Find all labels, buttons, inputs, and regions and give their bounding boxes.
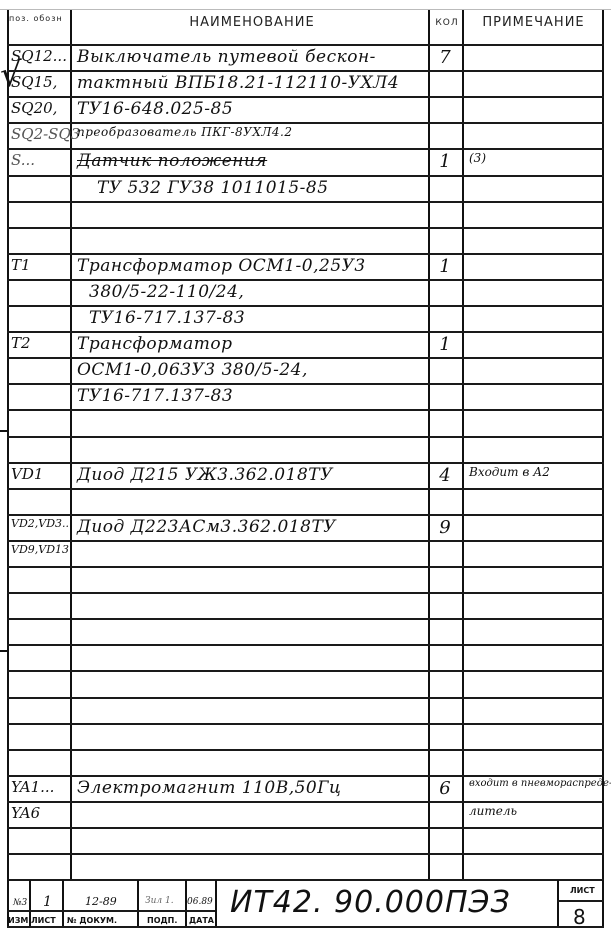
table-row: SQ15,тактный ВПБ18.21-112110-УХЛ4 — [7, 70, 604, 96]
item-name: 380/5-22-110/24, — [89, 282, 244, 302]
table-row — [7, 201, 604, 227]
item-name: Выключатель путевой бескон- — [77, 47, 376, 67]
grid-horizontal-line — [7, 910, 215, 912]
item-name: Электромагнит 110В,50Гц — [77, 778, 341, 798]
tb-date-label: ДАТА — [189, 916, 214, 925]
table-row — [7, 853, 604, 879]
item-note: Входит в А2 — [469, 465, 550, 479]
header-note: ПРИМЕЧАНИЕ — [465, 10, 602, 46]
tb-sheet-label: ЛИСТ — [570, 886, 595, 895]
item-name: тактный ВПБ18.21-112110-УХЛ4 — [77, 73, 399, 93]
table-row: YA6литель — [7, 801, 604, 827]
item-quantity: 7 — [430, 47, 460, 68]
position-designator: SQ2-SQ3 — [11, 125, 80, 143]
tb-docnum-value: 12-89 — [85, 895, 117, 908]
item-name: Трансформатор ОСМ1-0,25У3 — [77, 256, 366, 276]
table-row: T1Трансформатор ОСМ1-0,25У31 — [7, 253, 604, 279]
item-quantity: 1 — [430, 256, 460, 277]
table-row — [7, 827, 604, 853]
tb-docnum-label: № ДОКУМ. — [67, 916, 117, 925]
tb-sheet-number: 8 — [573, 905, 586, 929]
item-name: ОСМ1-0,063У3 380/5-24, — [77, 360, 308, 380]
table-row — [7, 618, 604, 644]
tb-sign-value: Зил 1. — [145, 896, 174, 906]
item-note: литель — [469, 804, 517, 818]
table-row: 380/5-22-110/24, — [7, 279, 604, 305]
table-row: ТУ16-717.137-83 — [7, 383, 604, 409]
position-designator: YA6 — [11, 804, 40, 822]
document-designation: ИТ42. 90.000ПЭЗ — [230, 885, 511, 920]
item-name: Датчик положения — [77, 151, 267, 171]
tb-list-value: 1 — [43, 894, 52, 910]
position-designator: YA1... — [11, 778, 54, 796]
table-row: T2Трансформатор1 — [7, 331, 604, 357]
table-row — [7, 227, 604, 253]
header-name: НАИМЕНОВАНИЕ — [73, 10, 431, 46]
table-row: ТУ16-717.137-83 — [7, 305, 604, 331]
item-quantity: 4 — [430, 465, 460, 486]
table-row: ОСМ1-0,063У3 380/5-24, — [7, 357, 604, 383]
grid-vertical-line — [557, 880, 559, 926]
grid-vertical-line — [215, 880, 217, 926]
grid-vertical-line — [62, 880, 64, 926]
table-row — [7, 697, 604, 723]
position-designator: T2 — [11, 334, 31, 352]
header-position: поз. обозн — [9, 10, 69, 48]
grid-horizontal-line — [7, 926, 604, 928]
item-name: преобразователь ПКГ-8УХЛ4.2 — [77, 125, 292, 139]
item-name: Трансформатор — [77, 334, 232, 354]
table-row — [7, 592, 604, 618]
position-designator: SQ15, — [11, 73, 57, 91]
item-quantity: 9 — [430, 517, 460, 538]
item-quantity: 1 — [430, 334, 460, 355]
item-name: ТУ16-717.137-83 — [77, 386, 233, 406]
tb-date-value: 06.89 — [187, 897, 213, 907]
grid-vertical-line — [137, 880, 139, 926]
table-row: SQ2-SQ3преобразователь ПКГ-8УХЛ4.2 — [7, 122, 604, 148]
item-name: Диод Д215 УЖ3.362.018ТУ — [77, 465, 333, 485]
position-designator: VD1 — [11, 465, 43, 483]
item-name: ТУ16-717.137-83 — [89, 308, 245, 328]
table-row — [7, 436, 604, 462]
item-quantity: 6 — [430, 778, 460, 799]
table-row — [7, 644, 604, 670]
table-row: SQ20,ТУ16-648.025-85 — [7, 96, 604, 122]
item-name: ТУ16-648.025-85 — [77, 99, 233, 119]
tb-list-label: ЛИСТ — [31, 916, 56, 925]
table-row — [7, 409, 604, 435]
tb-izm-value: №3 — [13, 898, 27, 908]
position-designator: SQ20, — [11, 99, 57, 117]
table-row: YA1...Электромагнит 110В,50Гц6входит в п… — [7, 775, 604, 801]
grid-horizontal-line — [7, 879, 604, 881]
header-quantity: КОЛ — [432, 10, 462, 46]
table-row — [7, 566, 604, 592]
position-designator: VD2,VD3... — [11, 517, 73, 530]
table-row — [7, 488, 604, 514]
table-row: VD9,VD13 — [7, 540, 604, 566]
grid-horizontal-line — [557, 900, 604, 902]
table-row: VD1Диод Д215 УЖ3.362.018ТУ4Входит в А2 — [7, 462, 604, 488]
position-designator: T1 — [11, 256, 31, 274]
table-row: S...Датчик положения1(3) — [7, 148, 604, 174]
table-row: VD2,VD3...Диод Д223АСм3.362.018ТУ9 — [7, 514, 604, 540]
table-row — [7, 670, 604, 696]
table-row: SQ12...Выключатель путевой бескон-7 — [7, 44, 604, 70]
table-row: ТУ 532 ГУ38 1011015-85 — [7, 175, 604, 201]
tb-sign-label: ПОДП. — [147, 916, 177, 925]
position-designator: VD9,VD13 — [11, 543, 69, 556]
tb-izm-label: ИЗМ — [8, 916, 28, 925]
item-name: ТУ 532 ГУ38 1011015-85 — [97, 178, 329, 198]
position-designator: SQ12... — [11, 47, 67, 65]
item-quantity: 1 — [430, 151, 460, 172]
table-row — [7, 749, 604, 775]
item-note: (3) — [469, 151, 486, 165]
parts-list-sheet: поз. обозн НАИМЕНОВАНИЕ КОЛ ПРИМЕЧАНИЕ S… — [7, 10, 604, 926]
table-row — [7, 723, 604, 749]
item-name: Диод Д223АСм3.362.018ТУ — [77, 517, 336, 537]
position-designator: S... — [11, 151, 35, 169]
grid-vertical-line — [602, 880, 604, 926]
item-note: входит в пневмораспреде- — [469, 778, 611, 789]
